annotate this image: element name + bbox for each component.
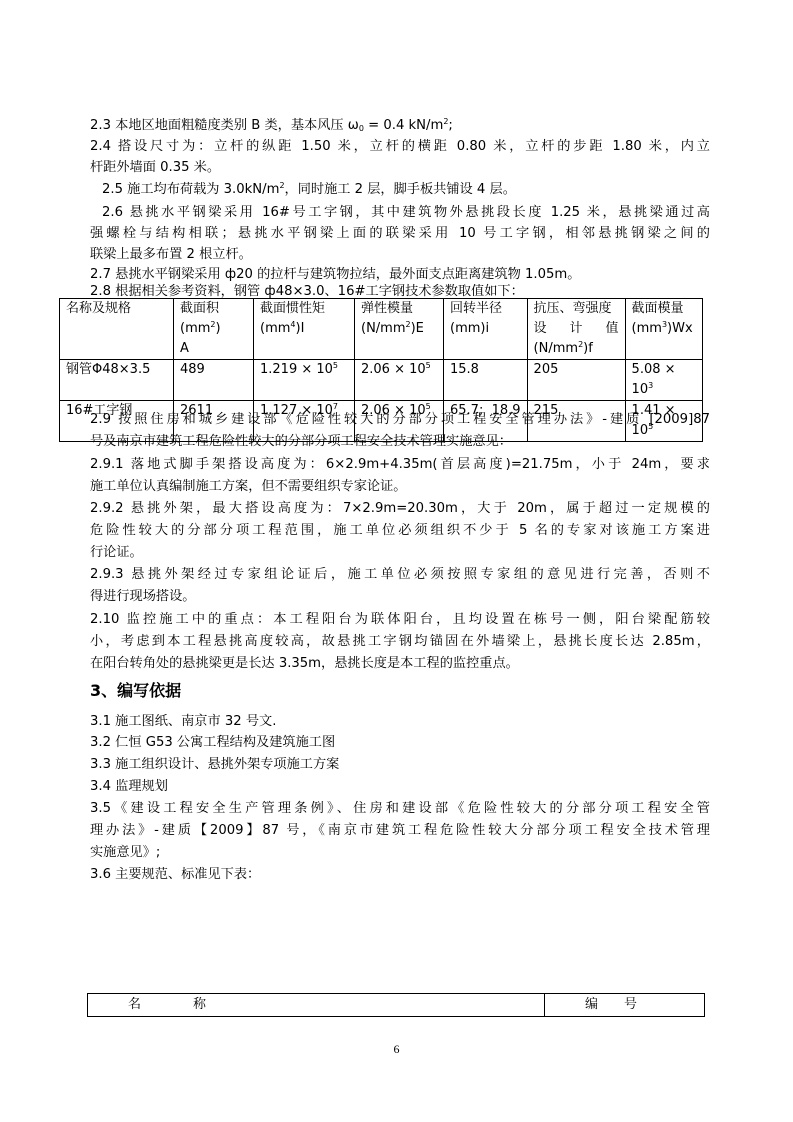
- superscript: 5: [333, 361, 338, 370]
- text: 5.08 × 10: [632, 362, 676, 397]
- standards-table: 名 称 编 号: [87, 993, 705, 1017]
- text: 截面模量: [632, 299, 696, 319]
- text: (N/mm: [361, 321, 406, 336]
- text: ;: [448, 118, 452, 133]
- cell-strength: 205: [527, 360, 625, 401]
- paragraph-2-9-1-line-2: 施工单位认真编制施工方案，但不需要组织专家论证。: [90, 477, 407, 497]
- text: (N/mm: [534, 341, 579, 356]
- paragraph-2-9-line-1: 2.9 按照住房和城乡建设部《危险性较大的分部分项工程安全管理办法》-建质 [2…: [90, 410, 710, 430]
- list-item: 3.1 施工图纸、南京市 32 号文.: [90, 712, 276, 732]
- text: 设 计 值: [534, 319, 619, 339]
- paragraph-3-5-line-3: 实施意见》;: [90, 843, 160, 863]
- symbol: A: [180, 339, 247, 359]
- unit: (mm3)Wx: [632, 319, 696, 339]
- table-header-row: 名称及规格 截面积 (mm2) A 截面惯性矩 (mm4)I 弹性模量 (N/m…: [60, 299, 703, 360]
- paragraph-2-9-line-2: 号及南京市建筑工程危险性较大的分部分项工程安全技术管理实施意见：: [90, 432, 512, 452]
- header-cell: 截面积 (mm2) A: [174, 299, 254, 360]
- section-heading: 3、编写依据: [90, 680, 181, 702]
- list-item: 3.4 监理规划: [90, 777, 168, 797]
- table-header-row: 名 称 编 号: [88, 994, 705, 1017]
- text: = 0.4 kN/m: [364, 118, 443, 133]
- text: )f: [583, 341, 593, 356]
- text: )E: [411, 321, 424, 336]
- paragraph-2-9-2-line-2: 危险性较大的分部分项工程范围，施工单位必须组织不少于 5 名的专家对该施工方案进: [90, 521, 710, 541]
- text: 截面惯性矩: [260, 299, 348, 319]
- page-number: 6: [0, 1042, 793, 1057]
- paragraph-2-10-line-1: 2.10 监控施工中的重点：本工程阳台为联体阳台，且均设置在栋号一侧，阳台梁配筋…: [90, 610, 710, 630]
- paragraph-2-10-line-3: 在阳台转角处的悬挑梁更是长达 3.35m，悬挑长度是本工程的监控重点。: [90, 654, 519, 674]
- paragraph-2-9-3-line-2: 得进行现场搭设。: [90, 587, 196, 607]
- paragraph-2-4-line-2: 杆距外墙面 0.35 米。: [90, 158, 220, 178]
- paragraph-2-3: 2.3 本地区地面粗糙度类别 B 类，基本风压 ω0 = 0.4 kN/m2;: [90, 116, 453, 136]
- paragraph-2-4-line-1: 2.4 搭设尺寸为：立杆的纵距 1.50 米，立杆的横距 0.80 米，立杆的步…: [90, 137, 710, 157]
- paragraph-2-5: 2.5 施工均布荷载为 3.0kN/m2，同时施工 2 层，脚手板共铺设 4 层…: [102, 180, 516, 200]
- header-cell: 截面惯性矩 (mm4)I: [254, 299, 355, 360]
- paragraph-3-5-line-1: 3.5《建设工程安全生产管理条例》、住房和建设部《危险性较大的分部分项工程安全管: [90, 799, 710, 819]
- superscript: 3: [648, 381, 653, 390]
- cell-section-modulus: 5.08 × 103: [625, 360, 702, 401]
- header-cell: 截面模量 (mm3)Wx: [625, 299, 702, 360]
- header-cell: 弹性模量 (N/mm2)E: [355, 299, 444, 360]
- text: ): [216, 321, 221, 336]
- paragraph-2-10-line-2: 小，考虑到本工程悬挑高度较高，故悬挑工字钢均锚固在外墙梁上，悬挑长度长达 2.8…: [90, 632, 710, 652]
- paragraph-3-5-line-2: 理办法》-建质【2009】87 号，《南京市建筑工程危险性较大分部分项工程安全技…: [90, 821, 710, 841]
- text: ，同时施工 2 层，脚手板共铺设 4 层。: [285, 182, 516, 197]
- text: )I: [296, 321, 305, 336]
- text: 截面积: [180, 299, 247, 319]
- header-cell: 回转半径 (mm)i: [444, 299, 528, 360]
- list-item: 3.3 施工组织设计、悬挑外架专项施工方案: [90, 755, 339, 775]
- paragraph-2-6-line-3: 联梁上最多布置 2 根立杆。: [90, 245, 252, 265]
- text: 2.5 施工均布荷载为 3.0kN/m: [102, 182, 279, 197]
- text: (mm: [180, 321, 210, 336]
- unit: (N/mm2)E: [361, 319, 437, 339]
- text: (mm: [260, 321, 290, 336]
- document-page: 2.3 本地区地面粗糙度类别 B 类，基本风压 ω0 = 0.4 kN/m2; …: [0, 0, 793, 1122]
- header-cell: 名称及规格: [60, 299, 174, 360]
- paragraph-2-9-3-line-1: 2.9.3 悬挑外架经过专家组论证后，施工单位必须按照专家组的意见进行完善，否则…: [90, 565, 710, 585]
- unit: (mm)i: [450, 319, 521, 339]
- cell-area: 489: [174, 360, 254, 401]
- paragraph-2-9-2-line-3: 行论证。: [90, 543, 143, 563]
- text: 1.219 × 10: [260, 362, 333, 377]
- cell-radius: 15.8: [444, 360, 528, 401]
- text: 2.3 本地区地面粗糙度类别 B 类，基本风压 ω: [90, 118, 359, 133]
- text: 名称及规格: [66, 299, 167, 319]
- text: 弹性模量: [361, 299, 437, 319]
- text: 抗压、弯强度: [534, 299, 619, 319]
- text: )Wx: [667, 321, 693, 336]
- list-item: 3.2 仁恒 G53 公寓工程结构及建筑施工图: [90, 733, 335, 753]
- paragraph-3-6: 3.6 主要规范、标准见下表：: [90, 865, 260, 885]
- header-cell: 抗压、弯强度 设 计 值 (N/mm2)f: [527, 299, 625, 360]
- header-name: 名 称: [88, 994, 545, 1017]
- header-code: 编 号: [545, 994, 705, 1017]
- table-row: 钢管Φ48×3.5 489 1.219 × 105 2.06 × 105 15.…: [60, 360, 703, 401]
- paragraph-2-6-line-2: 强螺栓与结构相联；悬挑水平钢梁上面的联梁采用 10 号工字钢，相邻悬挑钢梁之间的: [90, 224, 710, 244]
- unit: (mm4)I: [260, 319, 348, 339]
- superscript: 5: [426, 361, 431, 370]
- cell-inertia: 1.219 × 105: [254, 360, 355, 401]
- text: (mm: [632, 321, 662, 336]
- text: 2.06 × 10: [361, 362, 426, 377]
- text: 回转半径: [450, 299, 521, 319]
- cell-name: 钢管Φ48×3.5: [60, 360, 174, 401]
- paragraph-2-6-line-1: 2.6 悬挑水平钢梁采用 16#号工字钢，其中建筑物外悬挑段长度 1.25 米，…: [102, 203, 710, 223]
- paragraph-2-9-2-line-1: 2.9.2 悬挑外架，最大搭设高度为：7×2.9m=20.30m，大于 20m，…: [90, 499, 710, 519]
- cell-modulus: 2.06 × 105: [355, 360, 444, 401]
- unit: (mm2): [180, 319, 247, 339]
- paragraph-2-9-1-line-1: 2.9.1 落地式脚手架搭设高度为：6×2.9m+4.35m(首层高度)=21.…: [90, 455, 710, 475]
- unit: (N/mm2)f: [534, 339, 619, 359]
